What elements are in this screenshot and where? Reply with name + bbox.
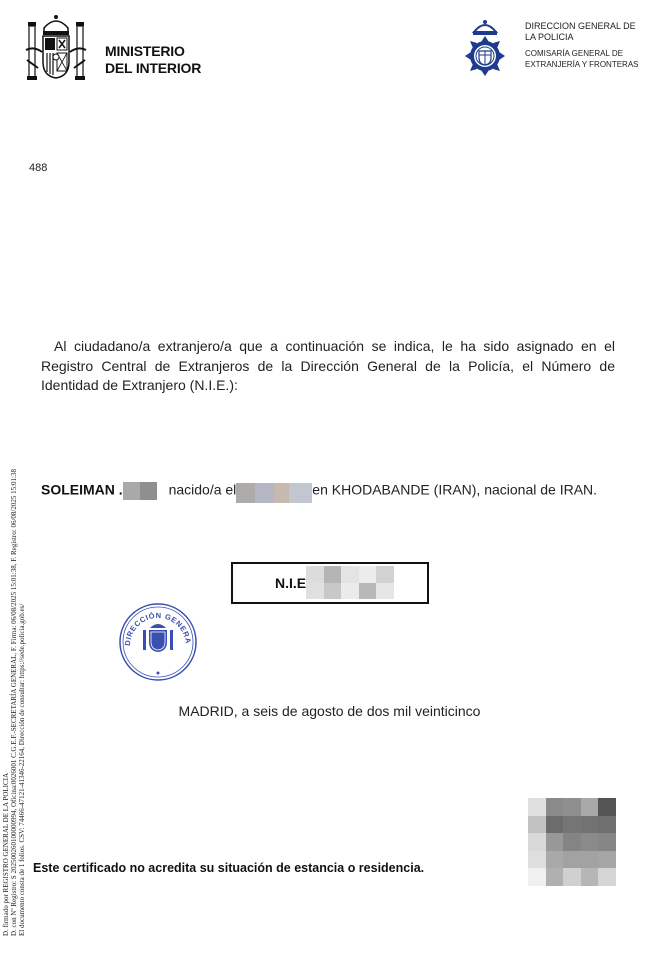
nie-box: N.I.E bbox=[231, 562, 429, 604]
surname-redaction bbox=[123, 482, 157, 500]
intro-paragraph: Al ciudadano/a extranjero/a que a contin… bbox=[41, 337, 615, 396]
directorate-line-2: LA POLICIA bbox=[525, 32, 636, 43]
ministry-line-1: MINISTERIO bbox=[105, 43, 201, 60]
ministry-line-2: DEL INTERIOR bbox=[105, 60, 201, 77]
side-line-1: D. firmado por REGISTRO GENERAL DE LA PO… bbox=[2, 773, 10, 936]
official-seal-icon: DIRECCIÓN GENERAL DE LA POLICÍA bbox=[116, 602, 200, 682]
commissariat-line-1: COMISARÍA GENERAL DE bbox=[525, 49, 639, 60]
spain-coat-of-arms-icon bbox=[24, 12, 88, 84]
document-number: 488 bbox=[29, 162, 47, 174]
side-line-3: El documento consta de 1 folios. CSV: 74… bbox=[18, 604, 26, 936]
given-name: SOLEIMAN bbox=[41, 482, 115, 498]
nie-value-redaction bbox=[306, 566, 394, 599]
nie-label: N.I.E bbox=[275, 575, 306, 591]
ministry-name: MINISTERIO DEL INTERIOR bbox=[105, 43, 201, 77]
commissariat-name: COMISARÍA GENERAL DE EXTRANJERÍA Y FRONT… bbox=[525, 49, 639, 70]
disclaimer: Este certificado no acredita su situació… bbox=[33, 861, 424, 875]
side-line-2: D. con Nº Registro: S 202500260100000994… bbox=[10, 469, 18, 936]
place-and-date: MADRID, a seis de agosto de dos mil vein… bbox=[0, 703, 659, 719]
born-label: nacido/a el bbox=[169, 482, 237, 498]
birth-date-redaction bbox=[236, 483, 312, 503]
birthplace-text: en KHODABANDE (IRAN), nacional de IRAN. bbox=[312, 482, 597, 498]
commissariat-line-2: EXTRANJERÍA Y FRONTERAS bbox=[525, 60, 639, 71]
directorate-name: DIRECCION GENERAL DE LA POLICIA bbox=[525, 21, 636, 43]
intro-text: Al ciudadano/a extranjero/a que a contin… bbox=[41, 338, 615, 393]
national-police-badge-icon bbox=[462, 18, 508, 78]
qr-code-redaction bbox=[528, 798, 616, 886]
person-details: SOLEIMAN . nacido/a elen KHODABANDE (IRA… bbox=[41, 479, 597, 503]
directorate-line-1: DIRECCION GENERAL DE bbox=[525, 21, 636, 32]
name-separator: . bbox=[115, 482, 123, 498]
